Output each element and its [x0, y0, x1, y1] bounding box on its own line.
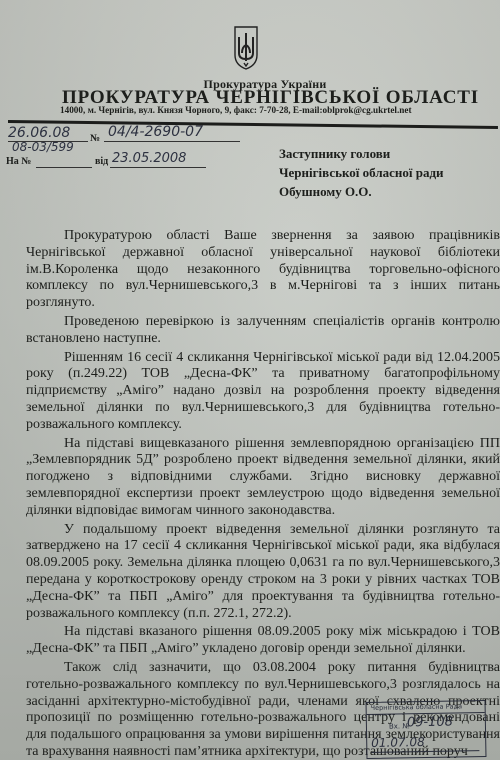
- number-label: №: [90, 133, 100, 144]
- from-label: від: [95, 156, 108, 167]
- body-paragraph: Рішенням 16 сесії 4 скликання Чернігівсь…: [26, 350, 500, 434]
- incoming-registration-stamp: Чернігівська обласна Рада Вх. № 09-108 0…: [366, 700, 487, 759]
- outgoing-date: 26.06.08: [8, 125, 70, 141]
- from-underline: [110, 167, 206, 168]
- body-paragraph: У подальшому проект відведення земельної…: [26, 522, 500, 623]
- extra-reference-number: 08-03/599: [12, 140, 74, 154]
- stamp-date: 01.07.08: [371, 735, 425, 750]
- organization-address: 14000, м. Чернігів, вул. Князя Чорного, …: [60, 105, 500, 115]
- addressee-line: Обушному О.О.: [279, 182, 489, 201]
- outgoing-number: 04/4-2690-07: [108, 124, 203, 140]
- stamp-date-underline: [371, 750, 479, 753]
- number-underline: [104, 141, 240, 142]
- addressee-block: Заступнику голови Чернігівської обласної…: [279, 144, 489, 201]
- body-paragraph: На підставі вказаного рішення 08.09.2005…: [26, 624, 500, 658]
- body-paragraph: На підставі вищевказаного рішення землев…: [26, 436, 500, 520]
- reply-underline: [36, 167, 92, 168]
- body-paragraph: Прокуратурою області Ваше звернення за з…: [26, 228, 500, 312]
- stamp-title: Чернігівська обласна Рада: [371, 702, 463, 712]
- addressee-line: Заступнику голови: [279, 144, 489, 163]
- letterhead-divider: [8, 120, 498, 129]
- reply-label: На №: [6, 156, 31, 167]
- body-paragraph: Проведеною перевіркою із залученням спец…: [26, 314, 500, 348]
- addressee-line: Чернігівської обласної ради: [279, 163, 489, 182]
- reply-date: 23.05.2008: [112, 151, 186, 166]
- stamp-incoming-number: 09-108: [407, 715, 453, 731]
- letter-body: Прокуратурою області Ваше звернення за з…: [26, 228, 500, 760]
- trident-coat-of-arms-icon: [233, 25, 259, 71]
